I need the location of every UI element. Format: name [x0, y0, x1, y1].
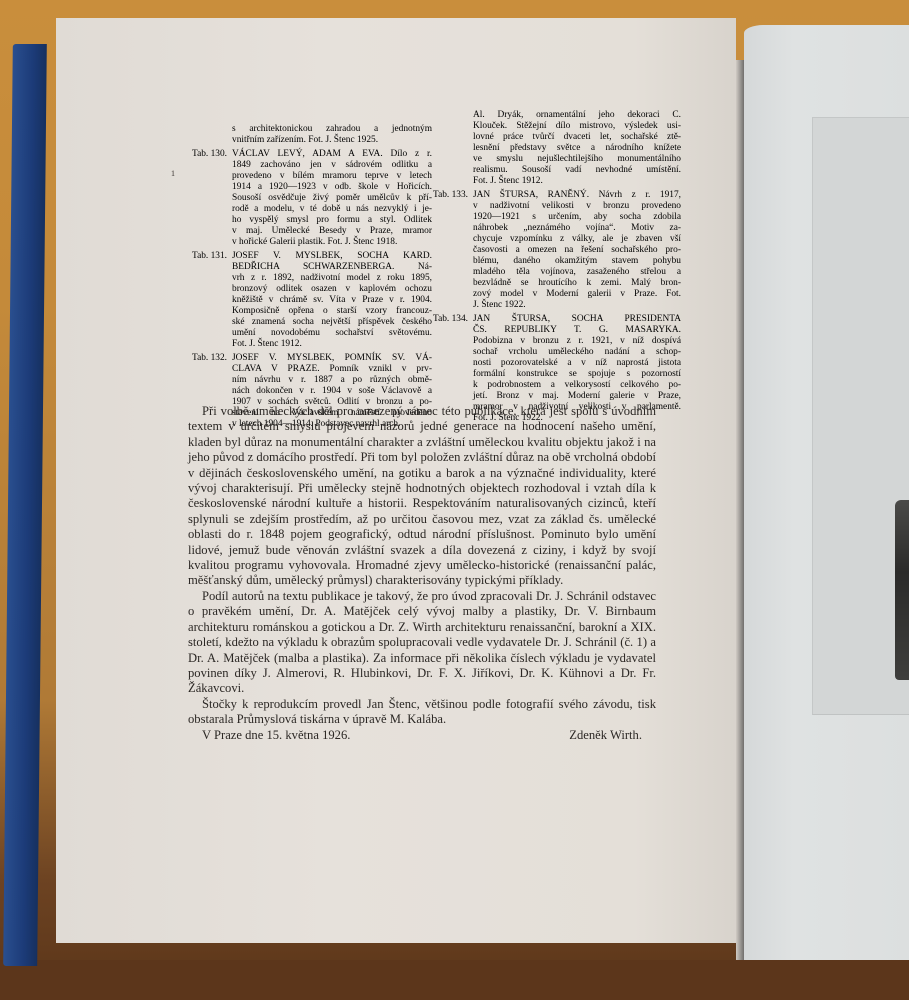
entry-line: Podobizna v bronzu z r. 1921, v níž dosp…	[473, 336, 681, 347]
entry-line: bezvládně se hroutícího k zemi. Malý bro…	[473, 278, 681, 289]
entry-line: nách dokončen v r. 1904 v soše Václavově…	[232, 386, 432, 397]
entry-line: ho vyspělý smysl pro formu a styl. Odlit…	[232, 215, 432, 226]
signature-line: V Praze dne 15. května 1926. Zdeněk Wirt…	[188, 728, 656, 743]
catalog-entry: Tab. 130.VÁCLAV LEVÝ, ADAM A EVA. Dílo z…	[232, 149, 432, 248]
left-column: s architektonickou zahradou a jednotnýmv…	[232, 124, 432, 433]
entry-line: s architektonickou zahradou a jednotným	[232, 124, 432, 135]
entry-line: blému, daného okamžitým stavem pohybu	[473, 256, 681, 267]
entry-line: ním návrhu v r. 1887 a po různých obmě-	[232, 375, 432, 386]
entry-line: J. Štenc 1922.	[473, 300, 681, 311]
table-shadow	[0, 960, 909, 1000]
margin-mark: 1	[171, 169, 175, 178]
entry-line: VÁCLAV LEVÝ, ADAM A EVA. Dílo z r.	[232, 149, 432, 160]
entry-line: náhrobek „neznámého vojína“. Motiv za-	[473, 223, 681, 234]
entry-line: 1849 zachováno jen v sádrovém odlitku a	[232, 160, 432, 171]
catalog-entry: Tab. 133.JAN ŠTURSA, RANĚNÝ. Návrh z r. …	[473, 190, 681, 311]
tab-number: Tab. 134.	[433, 314, 468, 325]
tab-number: Tab. 132.	[192, 353, 227, 364]
entry-line: JOSEF V. MYSLBEK, SOCHA KARD.	[232, 251, 432, 262]
entry-line: JOSEF V. MYSLBEK, POMNÍK SV. VÁ-	[232, 353, 432, 364]
entry-line: lovné práce tvůrčí dvaceti let, sochařsk…	[473, 132, 681, 143]
entry-line: v maj. Umělecké Besedy v Praze, mramor	[232, 226, 432, 237]
entry-line: realismu. Sousoší vadí nevhodné umístění…	[473, 165, 681, 176]
entry-line: Al. Dryák, ornamentální jeho dekoraci C.	[473, 110, 681, 121]
entry-line: časovosti a omezen na řešení sochařského…	[473, 245, 681, 256]
place-date: V Praze dne 15. května 1926.	[202, 728, 350, 743]
signature: Zdeněk Wirth.	[569, 728, 656, 743]
entry-line: Fot. J. Štenc 1912.	[473, 176, 681, 187]
entry-line: v hořické Galerii plastik. Fot. J. Štenc…	[232, 237, 432, 248]
book-cover-blue	[3, 44, 47, 966]
entry-line: sochař vrcholu uměleckého nadání a schop…	[473, 347, 681, 358]
entry-line: ské znamená socha největší příspěvek čes…	[232, 317, 432, 328]
entry-line: lesnění představy světce a národního kní…	[473, 143, 681, 154]
tab-number: Tab. 130.	[192, 149, 227, 160]
entry-line: umění novodobému sochařství světovému.	[232, 328, 432, 339]
tab-number: Tab. 133.	[433, 190, 468, 201]
tab-number: Tab. 131.	[192, 251, 227, 262]
entry-line: ve smyslu nejušlechtilejšího monumentáln…	[473, 154, 681, 165]
entry-line: chycuje vzpomínku z války, ale je zbaven…	[473, 234, 681, 245]
main-text: Při volbě uměleckých děl pro omezený rám…	[188, 404, 656, 743]
entry-line: provedeno v bílém mramoru teprve v letec…	[232, 171, 432, 182]
entry-line: Fot. J. Štenc 1912.	[232, 339, 432, 350]
paragraph-2: Podíl autorů na textu publikace je takov…	[188, 589, 656, 697]
entry-line: 1920—1921 s určením, aby socha zdobila	[473, 212, 681, 223]
entry-line: formální konstrukce se spojuje s pozorno…	[473, 369, 681, 380]
catalog-entry: Al. Dryák, ornamentální jeho dekoraci C.…	[473, 110, 681, 187]
entry-line: JAN ŠTURSA, SOCHA PRESIDENTA	[473, 314, 681, 325]
paragraph-1: Při volbě uměleckých děl pro omezený rám…	[188, 404, 656, 589]
entry-line: k podrobnostem a velkorysostí celkového …	[473, 380, 681, 391]
entry-line: vnitřním zařízením. Fot. J. Štenc 1925.	[232, 135, 432, 146]
catalog-entry: s architektonickou zahradou a jednotnýmv…	[232, 124, 432, 146]
entry-line: rodě a modelu, v té době u nás nezvyklý …	[232, 204, 432, 215]
entry-line: 1914 a 1920—1923 v odb. škole v Hořicích…	[232, 182, 432, 193]
entry-line: Klouček. Stěžejní dílo mistrovo, výslede…	[473, 121, 681, 132]
entry-line: ČS. REPUBLIKY T. G. MASARYKA.	[473, 325, 681, 336]
statue-image	[895, 500, 909, 680]
entry-line: nosti pozorovatelské a v níž naprostá ji…	[473, 358, 681, 369]
entry-line: jetí. Bronz v maj. Moderní galerie v Pra…	[473, 391, 681, 402]
catalog-entry: Tab. 131.JOSEF V. MYSLBEK, SOCHA KARD.BE…	[232, 251, 432, 350]
entry-line: vrh z r. 1892, nadživotní model z roku 1…	[232, 273, 432, 284]
entry-line: bronzový odlitek osazen v kaplovém ochoz…	[232, 284, 432, 295]
right-column: Al. Dryák, ornamentální jeho dekoraci C.…	[473, 110, 681, 427]
entry-line: CLAVA V PRAZE. Pomník vznikl v prv-	[232, 364, 432, 375]
entry-line: Komposičně opřena o starší vzory francou…	[232, 306, 432, 317]
entry-line: BEDŘICHA SCHWARZENBERGA. Ná-	[232, 262, 432, 273]
paragraph-3: Štočky k reprodukcím provedl Jan Štenc, …	[188, 697, 656, 728]
entry-line: v nadživotní velikosti v bronzu proveden…	[473, 201, 681, 212]
entry-line: kněžiště v chrámě sv. Víta v Praze v r. …	[232, 295, 432, 306]
entry-line: zový model v Moderní galerii v Praze. Fo…	[473, 289, 681, 300]
entry-line: mladého těla vojínova, zasaženého střelo…	[473, 267, 681, 278]
entry-line: JAN ŠTURSA, RANĚNÝ. Návrh z r. 1917,	[473, 190, 681, 201]
entry-line: Sousoší osvědčuje živý poměr umělcův k p…	[232, 193, 432, 204]
